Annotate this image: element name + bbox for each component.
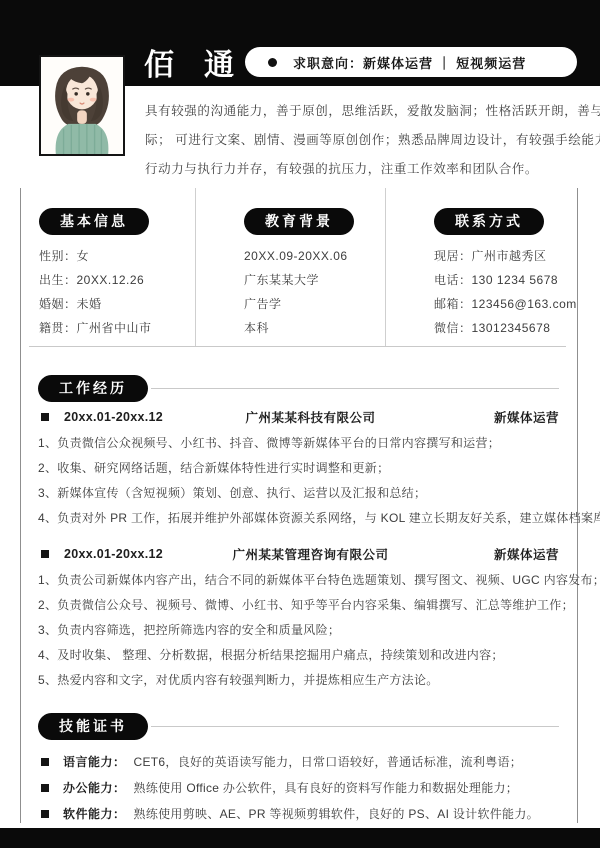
job-period: 20xx.01-20xx.12 (64, 547, 182, 561)
square-bullet-icon (41, 413, 49, 421)
job-duty: 4、及时收集、 整理、分析数据，根据分析结果挖掘用户痛点，持续策划和改进内容； (38, 643, 559, 668)
job-company: 广州某某科技有限公司 (182, 408, 439, 426)
work-experience-section: 工作经历 20xx.01-20xx.12 广州某某科技有限公司 新媒体运营 1、… (21, 375, 577, 693)
skill-label: 办公能力： (63, 775, 126, 801)
resume-page: 佰通 求职意向：新媒体运营 ｜ 短视频运营 具有较强的沟通能力，善于原创，思维活… (0, 0, 600, 848)
section-head-rule (151, 726, 559, 727)
work-title-pill: 工作经历 (38, 375, 148, 402)
square-bullet-icon (41, 784, 49, 792)
summary-line: 际； 可进行文案、剧情、漫画等原创创作；熟悉品牌周边设计，有较强手绘能力； (145, 126, 581, 155)
section-head-rule (151, 388, 559, 389)
contact-section: 联系方式 现居：广州市越秀区 电话：130 1234 5678 邮箱：12345… (386, 188, 577, 346)
job-duty: 2、收集、研究网络话题，结合新媒体特性进行实时调整和更新； (38, 456, 559, 481)
basic-info-row: 籍贯：广州省中山市 (39, 316, 195, 340)
education-row: 本科 (244, 316, 385, 340)
skill-label: 语言能力： (63, 749, 126, 775)
job-head: 20xx.01-20xx.12 广州某某科技有限公司 新媒体运营 (38, 408, 559, 426)
job-intent-text: 求职意向：新媒体运营 ｜ 短视频运营 (293, 53, 526, 72)
job-entry: 20xx.01-20xx.12 广州某某科技有限公司 新媒体运营 1、负责微信公… (38, 408, 559, 531)
info-columns: 基本信息 性别：女 出生：20XX.12.26 婚姻：未婚 籍贯：广州省中山市 … (21, 188, 577, 346)
job-duties: 1、负责公司新媒体内容产出，结合不同的新媒体平台特色选题策划、撰写图文、视频、U… (38, 568, 559, 693)
job-duty: 2、负责微信公众号、视频号、微博、小红书、知乎等平台内容采集、编辑撰写、汇总等维… (38, 593, 559, 618)
content-card: 基本信息 性别：女 出生：20XX.12.26 婚姻：未婚 籍贯：广州省中山市 … (20, 188, 578, 823)
basic-info-title-pill: 基本信息 (39, 208, 149, 235)
summary-line: 行动力与执行力并存，有较强的抗压力，注重工作效率和团队合作。 (145, 155, 581, 184)
job-duty: 5、热爱内容和文字，对优质内容有较强判断力，并提炼相应生产方法论。 (38, 668, 559, 693)
profile-summary: 具有较强的沟通能力，善于原创，思维活跃，爱散发脑洞；性格活跃开朗，善与人交 际；… (145, 97, 581, 184)
skill-item: 软件能力： 熟练使用剪映、AE、PR 等视频剪辑软件，良好的 PS、AI 设计软… (38, 801, 559, 827)
skills-title-pill: 技能证书 (38, 713, 148, 740)
job-role: 新媒体运营 (439, 408, 559, 426)
summary-line: 具有较强的沟通能力，善于原创，思维活跃，爱散发脑洞；性格活跃开朗，善与人交 (145, 97, 581, 126)
skill-text: 熟练使用剪映、AE、PR 等视频剪辑软件，良好的 PS、AI 设计软件能力。 (134, 801, 539, 827)
skill-item: 语言能力： CET6，良好的英语读写能力，日常口语较好，普通话标准，流利粤语； (38, 749, 559, 775)
job-duty: 3、新媒体宣传（含短视频）策划、创意、执行、运营以及汇报和总结； (38, 481, 559, 506)
education-row: 20XX.09-20XX.06 (244, 244, 385, 268)
job-period: 20xx.01-20xx.12 (64, 410, 182, 424)
skills-section: 技能证书 语言能力： CET6，良好的英语读写能力，日常口语较好，普通话标准，流… (21, 713, 577, 827)
contact-title-pill: 联系方式 (434, 208, 544, 235)
education-title-pill: 教育背景 (244, 208, 354, 235)
education-row: 广东某某大学 (244, 268, 385, 292)
skill-label: 软件能力： (63, 801, 126, 827)
profile-photo (39, 55, 125, 156)
basic-info-section: 基本信息 性别：女 出生：20XX.12.26 婚姻：未婚 籍贯：广州省中山市 (21, 188, 196, 346)
job-entry: 20xx.01-20xx.12 广州某某管理咨询有限公司 新媒体运营 1、负责公… (38, 545, 559, 693)
contact-row: 邮箱：123456@163.com (434, 292, 577, 316)
bottom-black-band (0, 828, 600, 848)
job-duties: 1、负责微信公众视频号、小红书、抖音、微博等新媒体平台的日常内容撰写和运营； 2… (38, 431, 559, 531)
job-intent-pill: 求职意向：新媒体运营 ｜ 短视频运营 (245, 47, 577, 77)
job-duty: 3、负责内容筛选，把控所筛选内容的安全和质量风险； (38, 618, 559, 643)
basic-info-row: 出生：20XX.12.26 (39, 268, 195, 292)
square-bullet-icon (41, 550, 49, 558)
contact-row: 电话：130 1234 5678 (434, 268, 577, 292)
work-section-head: 工作经历 (38, 375, 559, 402)
square-bullet-icon (41, 810, 49, 818)
columns-bottom-divider (29, 346, 566, 347)
job-duty: 1、负责微信公众视频号、小红书、抖音、微博等新媒体平台的日常内容撰写和运营； (38, 431, 559, 456)
contact-row: 现居：广州市越秀区 (434, 244, 577, 268)
avatar-illustration (41, 57, 123, 154)
education-section: 教育背景 20XX.09-20XX.06 广东某某大学 广告学 本科 (196, 188, 386, 346)
job-head: 20xx.01-20xx.12 广州某某管理咨询有限公司 新媒体运营 (38, 545, 559, 563)
contact-row: 微信：13012345678 (434, 316, 577, 340)
contact-rows: 现居：广州市越秀区 电话：130 1234 5678 邮箱：123456@163… (434, 244, 577, 340)
skill-list: 语言能力： CET6，良好的英语读写能力，日常口语较好，普通话标准，流利粤语； … (38, 749, 559, 827)
job-role: 新媒体运营 (439, 545, 559, 563)
job-duty: 4、负责对外 PR 工作，拓展并维护外部媒体资源关系网络，与 KOL 建立长期友… (38, 506, 559, 531)
bullet-dot-icon (268, 58, 277, 67)
skills-section-head: 技能证书 (38, 713, 559, 740)
skill-text: CET6，良好的英语读写能力，日常口语较好，普通话标准，流利粤语； (134, 749, 523, 775)
skill-text: 熟练使用 Office 办公软件，具有良好的资料写作能力和数据处理能力； (134, 775, 519, 801)
job-duty: 1、负责公司新媒体内容产出，结合不同的新媒体平台特色选题策划、撰写图文、视频、U… (38, 568, 559, 593)
basic-info-row: 性别：女 (39, 244, 195, 268)
education-row: 广告学 (244, 292, 385, 316)
education-rows: 20XX.09-20XX.06 广东某某大学 广告学 本科 (244, 244, 385, 340)
basic-info-row: 婚姻：未婚 (39, 292, 195, 316)
basic-info-rows: 性别：女 出生：20XX.12.26 婚姻：未婚 籍贯：广州省中山市 (39, 244, 195, 340)
square-bullet-icon (41, 758, 49, 766)
skill-item: 办公能力： 熟练使用 Office 办公软件，具有良好的资料写作能力和数据处理能… (38, 775, 559, 801)
job-company: 广州某某管理咨询有限公司 (182, 545, 439, 563)
